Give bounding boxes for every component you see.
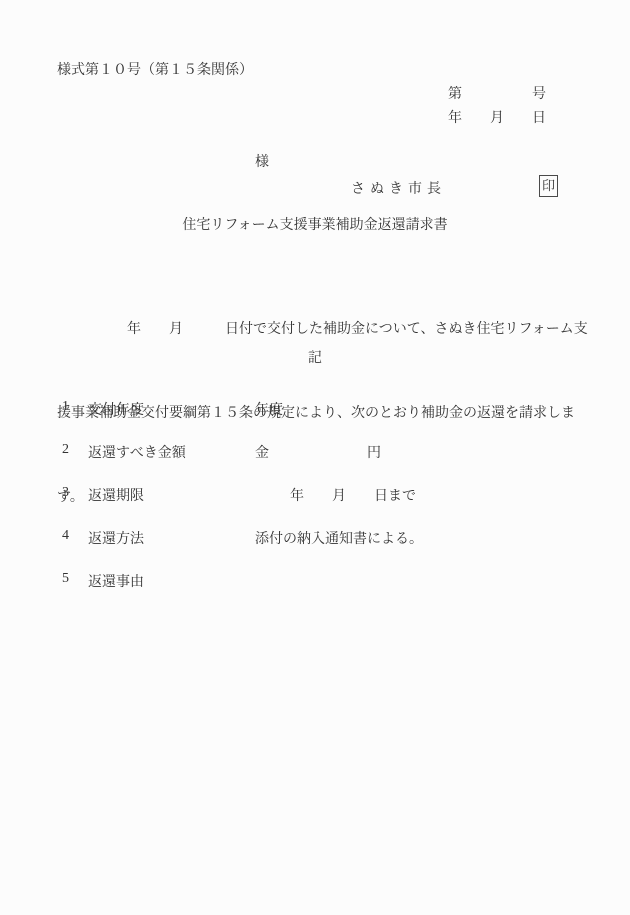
- item-label: 返還すべき金額: [88, 442, 186, 462]
- item-number: 5: [62, 571, 69, 587]
- record-heading: 記: [0, 351, 630, 368]
- item-value: 年度: [255, 399, 283, 419]
- addressee-suffix: 様: [255, 155, 269, 172]
- item-number: 1: [62, 399, 69, 415]
- document-date-line: 年 月 日: [448, 111, 546, 128]
- item-label: 返還事由: [88, 571, 144, 591]
- document-title: 住宅リフォーム支援事業補助金返還請求書: [0, 218, 630, 235]
- seal-box: 印: [539, 175, 558, 197]
- body-line: 年 月 日付で交付した補助金について、さぬき住宅リフォーム支: [57, 316, 579, 344]
- item-number: 4: [62, 528, 69, 544]
- list-item: 2 返還すべき金額 金 円: [0, 442, 630, 460]
- list-item: 1 交付年度 年度: [0, 399, 630, 417]
- sender-name: さぬき市長: [351, 182, 446, 199]
- item-label: 交付年度: [88, 399, 144, 419]
- list-item: 5 返還事由: [0, 571, 630, 589]
- form-number: 様式第１０号（第１５条関係）: [57, 63, 253, 80]
- item-number: 2: [62, 442, 69, 458]
- item-label: 返還方法: [88, 528, 144, 548]
- item-number: 3: [62, 485, 69, 501]
- item-label: 返還期限: [88, 485, 144, 505]
- item-value: 金 円: [255, 442, 381, 462]
- list-item: 4 返還方法 添付の納入通知書による。: [0, 528, 630, 546]
- document-page: 様式第１０号（第１５条関係） 第 号 年 月 日 様 さぬき市長 印 住宅リフォ…: [0, 0, 630, 915]
- item-value: 年 月 日まで: [290, 485, 416, 505]
- list-item: 3 返還期限 年 月 日まで: [0, 485, 630, 503]
- item-value: 添付の納入通知書による。: [255, 528, 423, 548]
- document-number-line: 第 号: [448, 87, 546, 104]
